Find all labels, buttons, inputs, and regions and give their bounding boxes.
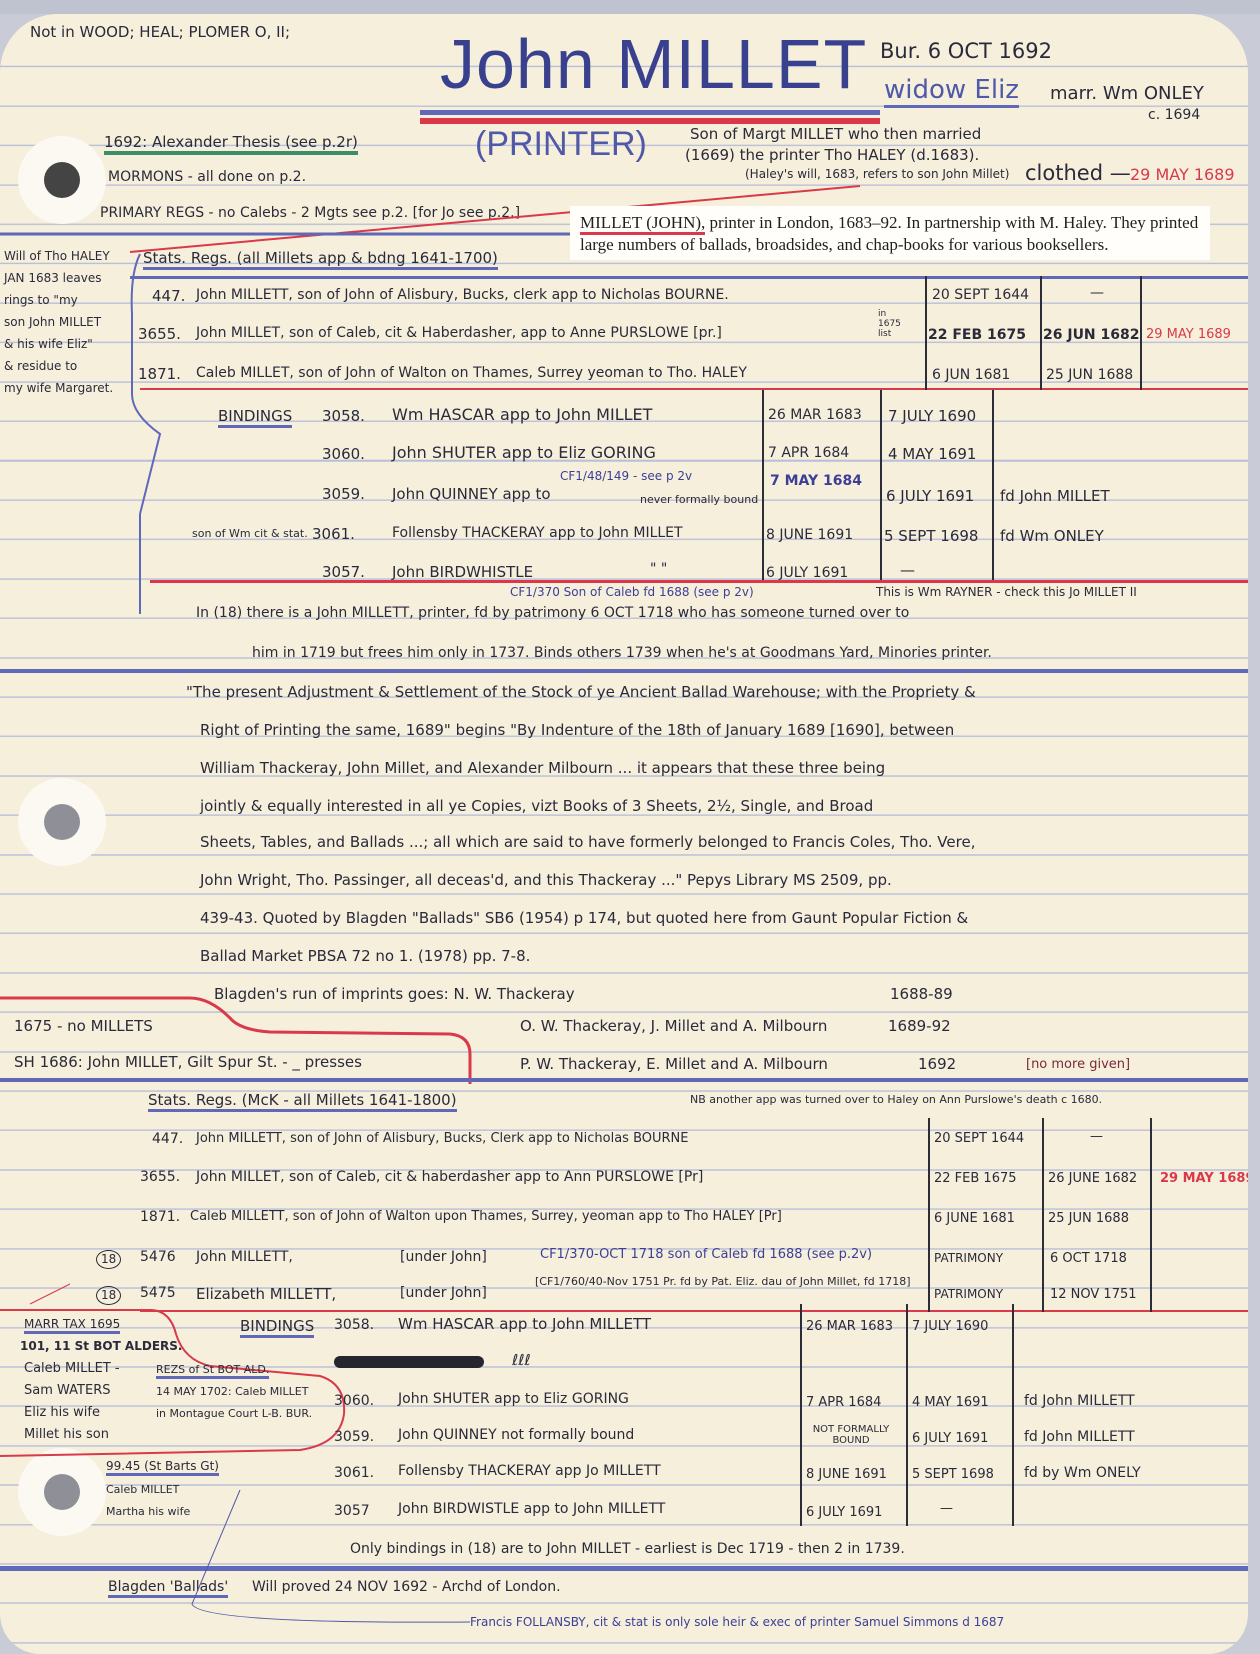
index-card: Not in WOOD; HEAL; PLOMER O, II; John MI… <box>0 14 1248 1654</box>
scan-top-band <box>0 0 1260 14</box>
link-line-icon <box>0 14 1248 1654</box>
